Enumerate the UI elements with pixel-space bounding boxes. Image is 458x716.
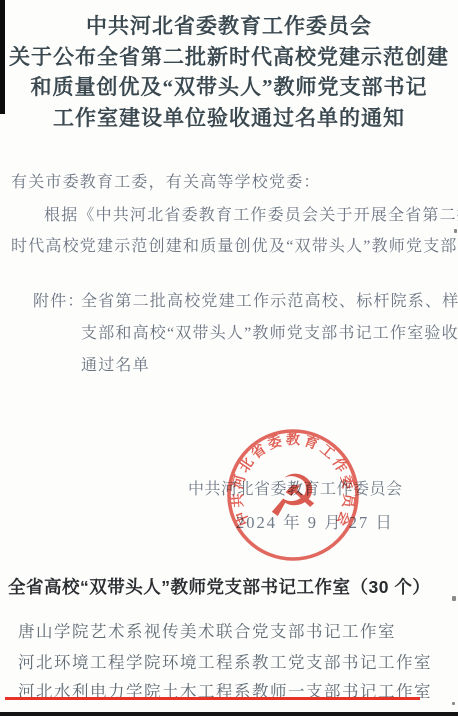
document-title: 中共河北省委教育工作委员会 关于公布全省第二批新时代高校党建示范创建 和质量创优… bbox=[0, 11, 458, 133]
attachment-line-3: 通过名单 bbox=[81, 352, 150, 375]
hammer-and-sickle-icon: ☭ bbox=[267, 462, 319, 530]
attachment-line-1: 全省第二批高校党建工作示范高校、标杆院系、样板 bbox=[81, 288, 458, 311]
page-bottom-edge bbox=[0, 712, 458, 716]
title-line-1: 中共河北省委教育工作委员会 bbox=[0, 11, 458, 42]
paragraph-line-2: 时代高校党建示范创建和质量创优及“双带头人”教师党支部书 bbox=[11, 233, 458, 256]
highlight-underline bbox=[5, 697, 420, 700]
official-seal: 中共河北省委教育工作委员会 ☭ bbox=[223, 426, 364, 566]
scan-speck bbox=[452, 596, 456, 601]
attachment-line-2: 支部和高校“双带头人”教师党支部书记工作室验收 bbox=[81, 320, 458, 343]
paragraph-line-1: 根据《中共河北省委教育工作委员会关于开展全省第二批新 bbox=[44, 202, 458, 225]
title-line-4: 工作室建设单位验收通过名单的通知 bbox=[0, 103, 458, 134]
title-line-3: 和质量创优及“双带头人”教师党支部书记 bbox=[0, 72, 458, 103]
scanned-notice-page: 中共河北省委教育工作委员会 关于公布全省第二批新时代高校党建示范创建 和质量创优… bbox=[0, 0, 458, 716]
attachment-label: 附件： bbox=[33, 288, 85, 311]
salutation: 有关市委教育工委，有关高等学校党委： bbox=[11, 169, 321, 192]
list-item: 唐山学院艺术系视传美术联合党支部书记工作室 bbox=[18, 618, 396, 642]
list-section-heading: 全省高校“双带头人”教师党支部书记工作室（30 个） bbox=[8, 574, 430, 599]
scan-speck bbox=[452, 702, 455, 705]
list-item: 河北环境工程学院环境工程系教工党支部书记工作室 bbox=[18, 649, 432, 673]
title-line-2: 关于公布全省第二批新时代高校党建示范创建 bbox=[0, 42, 458, 73]
